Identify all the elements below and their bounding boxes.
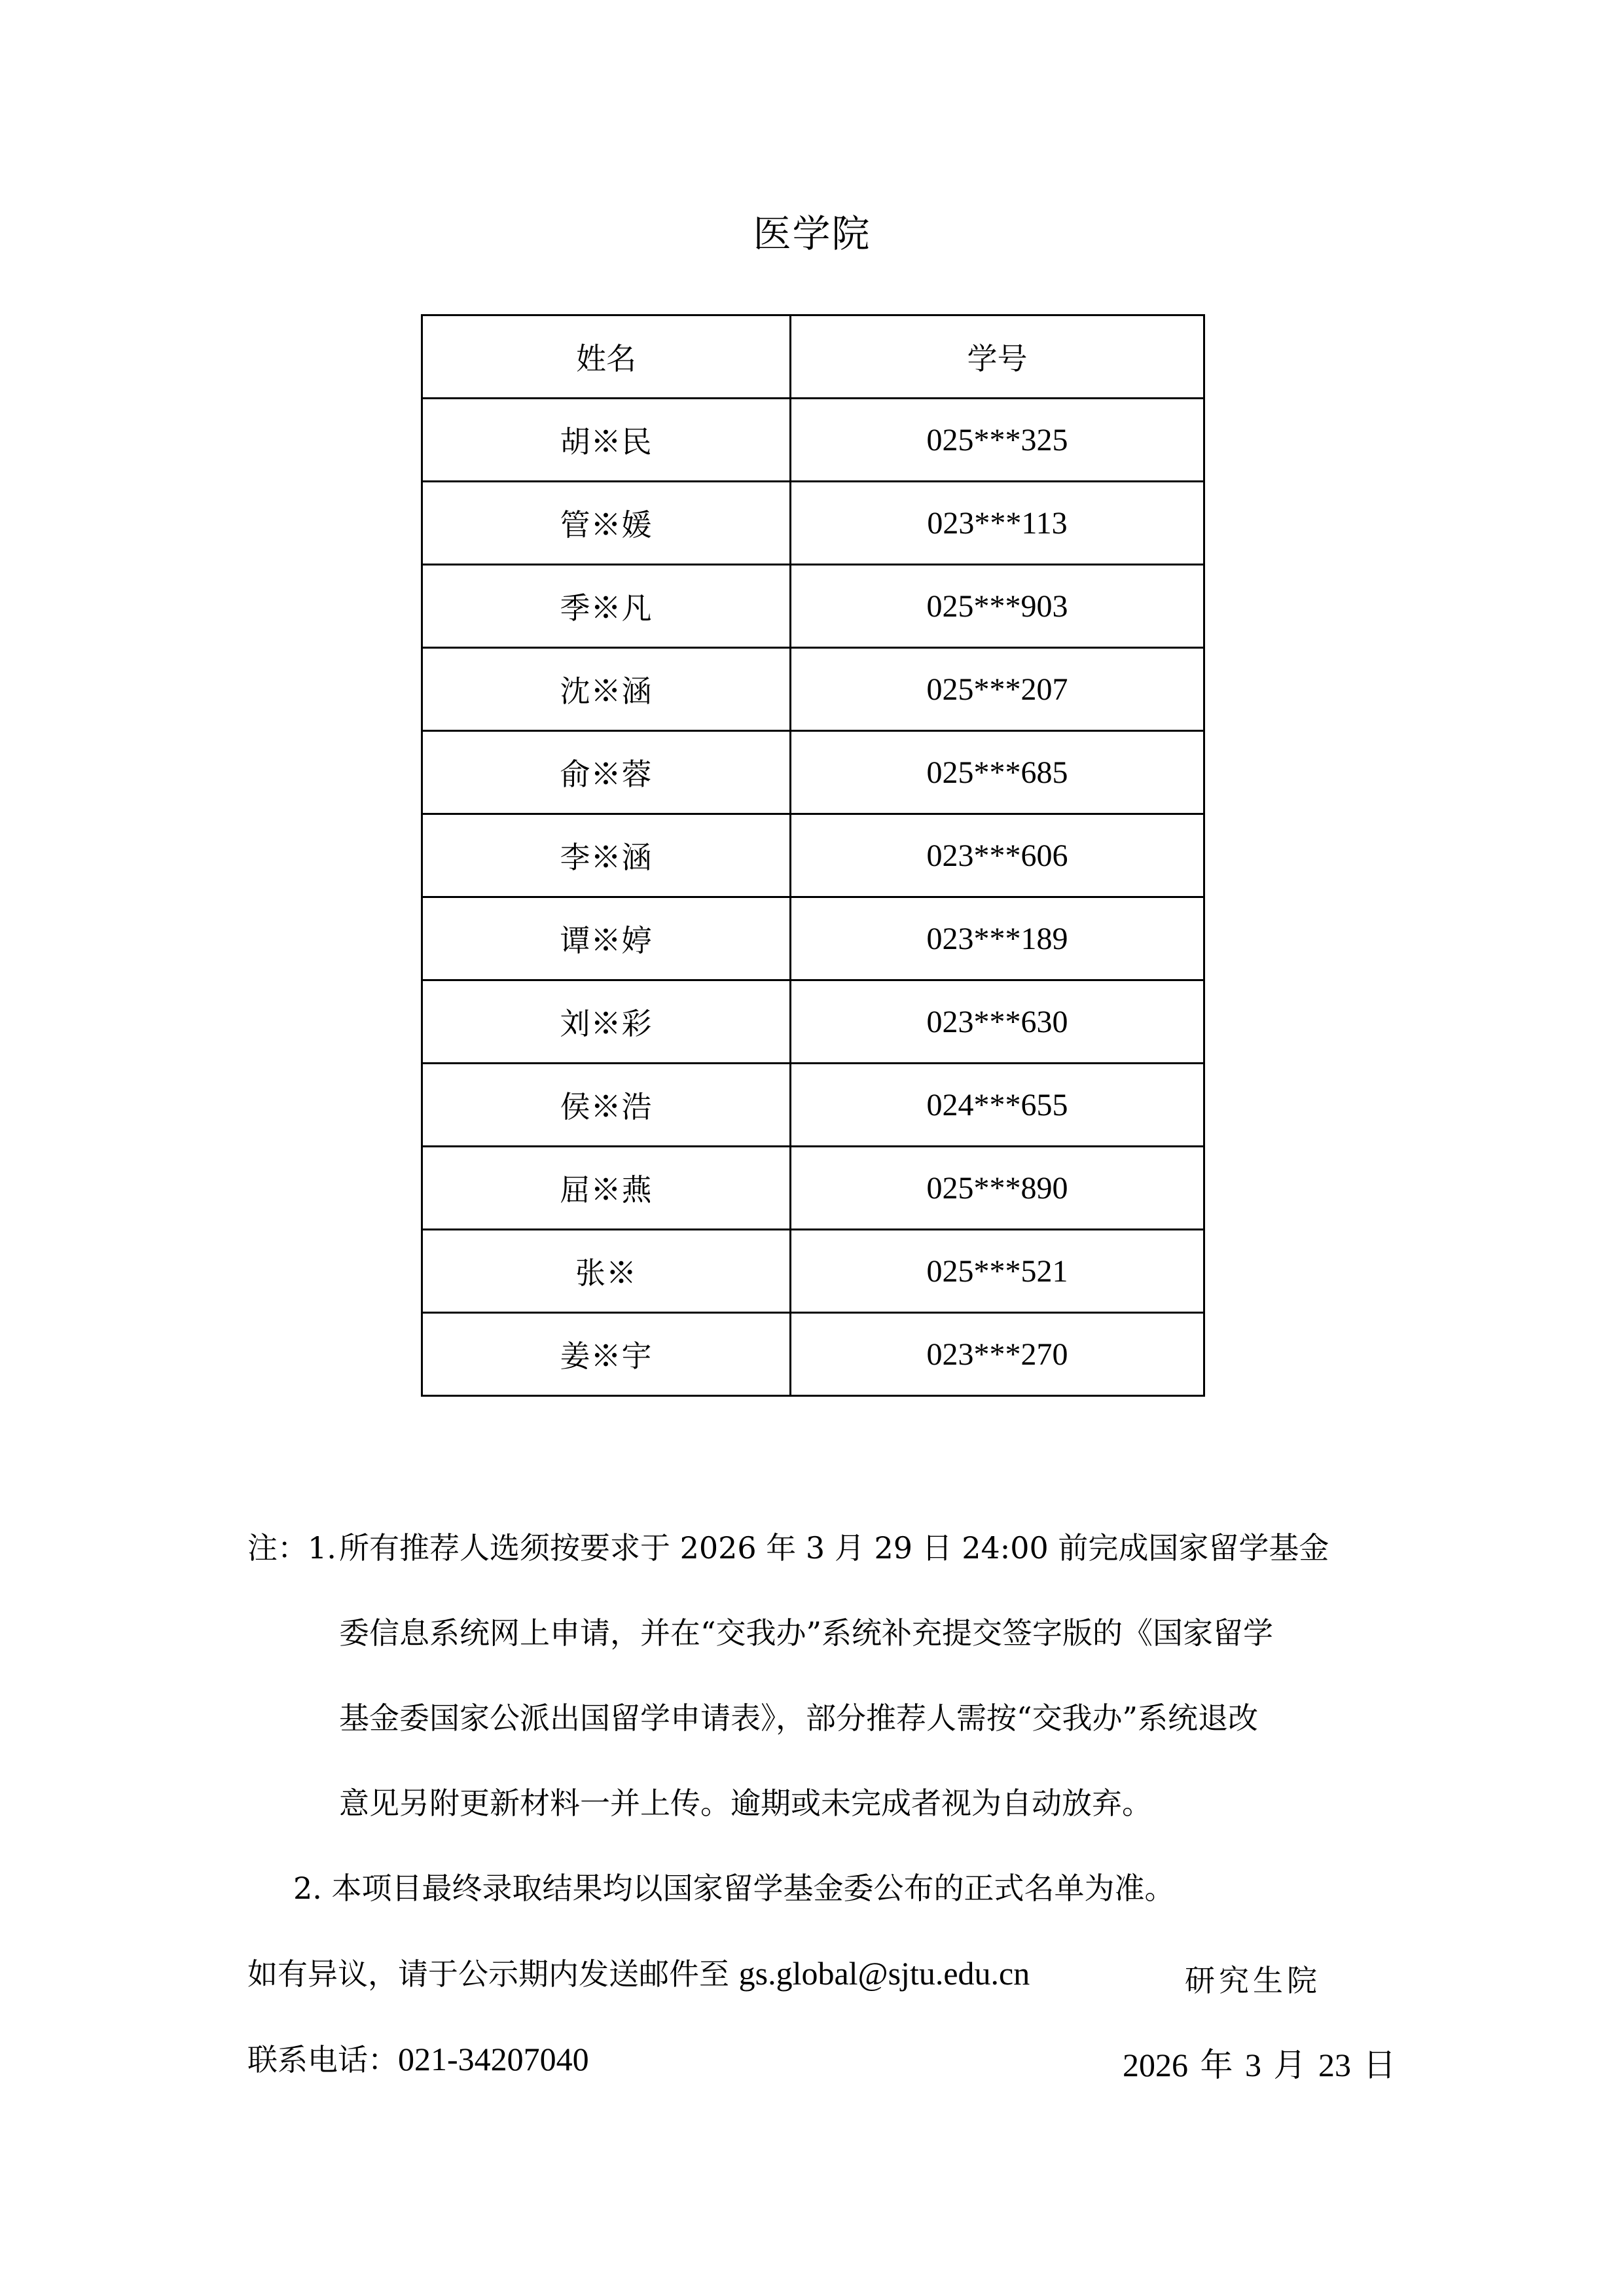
student-id: 025***890 xyxy=(791,1147,1204,1230)
table-row: 李※涵023***606 xyxy=(422,814,1204,897)
objection-text: 如有异议，请于公示期内发送邮件至 xyxy=(247,1956,739,1992)
table-row: 姜※宇023***270 xyxy=(422,1313,1204,1396)
table-row: 刘※彩023***630 xyxy=(422,980,1204,1064)
student-name: 沈※涵 xyxy=(422,648,791,731)
student-name: 李※涵 xyxy=(422,814,791,897)
note-1-line-2: 委信息系统网上申请，并在“交我办”系统补充提交签字版的《国家留学 xyxy=(247,1590,1386,1676)
student-name: 谭※婷 xyxy=(422,897,791,980)
note-2: 2. 本项目最终录取结果均以国家留学基金委公布的正式名单为准。 xyxy=(247,1846,1386,1931)
table-row: 屈※燕025***890 xyxy=(422,1147,1204,1230)
phone-label: 联系电话： xyxy=(247,2042,398,2077)
student-id: 024***655 xyxy=(791,1064,1204,1147)
table-row: 胡※民025***325 xyxy=(422,399,1204,482)
table-row: 季※凡025***903 xyxy=(422,565,1204,648)
column-header-name: 姓名 xyxy=(422,315,791,399)
student-name: 管※媛 xyxy=(422,482,791,565)
note-lead: 注：1. xyxy=(247,1505,339,1590)
contact-email-link[interactable]: gs.global@sjtu.edu.cn xyxy=(739,1955,1030,1992)
student-name: 刘※彩 xyxy=(422,980,791,1064)
table-row: 张※025***521 xyxy=(422,1230,1204,1313)
student-name: 胡※民 xyxy=(422,399,791,482)
table-row: 沈※涵025***207 xyxy=(422,648,1204,731)
student-id: 023***630 xyxy=(791,980,1204,1064)
column-header-student-id: 学号 xyxy=(791,315,1204,399)
student-id: 025***325 xyxy=(791,399,1204,482)
student-name: 季※凡 xyxy=(422,565,791,648)
student-id: 025***685 xyxy=(791,731,1204,814)
contact-phone: 021-34207040 xyxy=(398,2041,589,2077)
student-name: 姜※宇 xyxy=(422,1313,791,1396)
table-row: 俞※蓉025***685 xyxy=(422,731,1204,814)
student-id: 025***207 xyxy=(791,648,1204,731)
student-name: 俞※蓉 xyxy=(422,731,791,814)
notes-section: 注：1.所有推荐人选须按要求于 2026 年 3 月 29 日 24:00 前完… xyxy=(247,1505,1386,2102)
note-1-line-4: 意见另附更新材料一并上传。逾期或未完成者视为自动放弃。 xyxy=(247,1761,1386,1846)
student-name: 屈※燕 xyxy=(422,1147,791,1230)
page-title: 医学院 xyxy=(0,211,1624,257)
student-id: 023***113 xyxy=(791,482,1204,565)
issue-date: 2026 年 3 月 23 日 xyxy=(1123,2039,1396,2086)
student-id: 025***903 xyxy=(791,565,1204,648)
table-row: 侯※浩024***655 xyxy=(422,1064,1204,1147)
table-row: 谭※婷023***189 xyxy=(422,897,1204,980)
note-1-line-3: 基金委国家公派出国留学申请表》，部分推荐人需按“交我办”系统退改 xyxy=(247,1676,1386,1761)
note-1-text: 所有推荐人选须按要求于 2026 年 3 月 29 日 24:00 前完成国家留… xyxy=(339,1530,1329,1566)
note-1-line-1: 注：1.所有推荐人选须按要求于 2026 年 3 月 29 日 24:00 前完… xyxy=(247,1505,1386,1590)
student-id: 023***270 xyxy=(791,1313,1204,1396)
student-id: 023***606 xyxy=(791,814,1204,897)
issuer-signature: 研究生院 xyxy=(1185,1957,1321,2000)
student-name: 侯※浩 xyxy=(422,1064,791,1147)
recommended-students-table: 姓名 学号 胡※民025***325 管※媛023***113 季※凡025**… xyxy=(421,314,1205,1397)
table-row: 管※媛023***113 xyxy=(422,482,1204,565)
student-name: 张※ xyxy=(422,1230,791,1313)
student-id: 025***521 xyxy=(791,1230,1204,1313)
student-id: 023***189 xyxy=(791,897,1204,980)
table-header-row: 姓名 学号 xyxy=(422,315,1204,399)
